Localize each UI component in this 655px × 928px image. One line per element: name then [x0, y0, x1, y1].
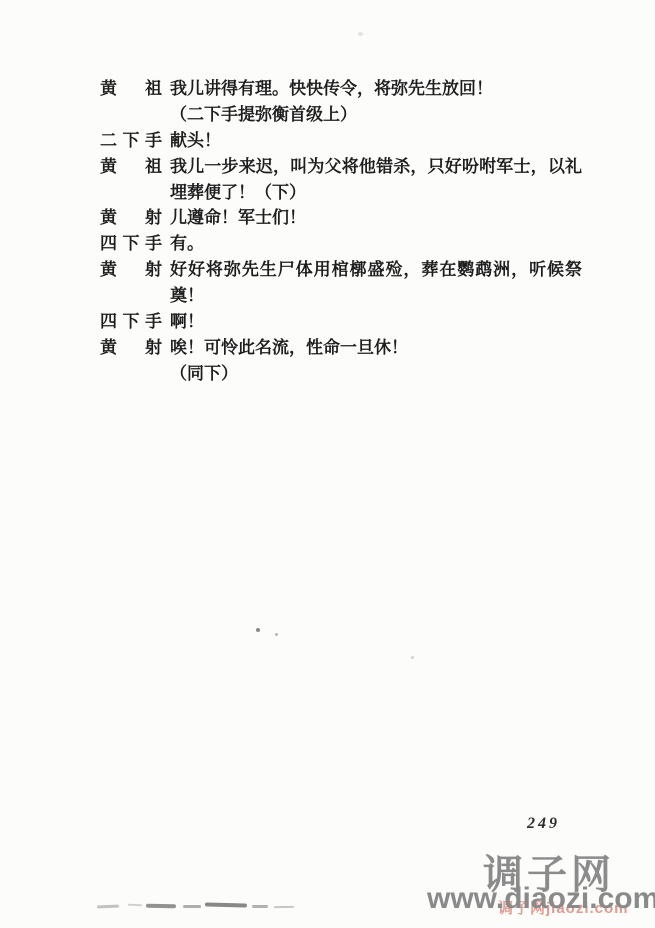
scan-speck [275, 633, 278, 636]
speaker-name: 黄 祖 [100, 154, 162, 180]
scan-artifact-line [97, 905, 119, 909]
dialogue-text: 奠！ [170, 283, 582, 309]
speaker-name: 黄 射 [100, 205, 162, 231]
dialogue-text: 我儿一步来迟，叫为父将他错杀，只好吩咐军士，以礼 [170, 154, 582, 180]
script-line: 黄 射 唉！可怜此名流，性命一旦休！ [100, 335, 590, 361]
page-number: 249 [527, 815, 560, 833]
dialogue-text: 唉！可怜此名流，性命一旦休！ [170, 335, 582, 361]
dialogue-text: 献头！ [170, 128, 582, 154]
book-page-scan: 黄 祖 我儿讲得有理。快快传令，将弥先生放回！ （二下手提弥衡首级上） 二下手 … [0, 0, 655, 928]
scan-speck [411, 656, 414, 659]
script-line: 四下手 有。 [100, 231, 590, 257]
speaker-name: 四下手 [100, 309, 162, 335]
dialogue-text: （二下手提弥衡首级上） [170, 102, 582, 128]
dialogue-text: 我儿讲得有理。快快传令，将弥先生放回！ [170, 76, 582, 102]
dialogue-text: 啊！ [170, 309, 582, 335]
script-line: （二下手提弥衡首级上） [100, 102, 590, 128]
dialogue-text: 好好将弥先生尸体用棺槨盛殓，葬在鹦鹉洲，听候祭 [170, 257, 582, 283]
script-line: 四下手 啊！ [100, 309, 590, 335]
scan-artifact-line [274, 906, 294, 908]
script-line: 二下手 献头！ [100, 128, 590, 154]
scan-artifact-line [146, 904, 176, 909]
dialogue-text: （同下） [170, 361, 582, 387]
scan-speck [256, 628, 260, 632]
script-line: （同下） [100, 361, 590, 387]
speaker-name: 四下手 [100, 231, 162, 257]
script-line: 黄 祖 我儿一步来迟，叫为父将他错杀，只好吩咐军士，以礼 [100, 154, 590, 180]
watermark-site-url: www.diaozi.com [427, 882, 655, 916]
scan-artifact-line [205, 902, 247, 907]
dialogue-text: 儿遵命！军士们！ [170, 205, 582, 231]
script-line: 黄 射 儿遵命！军士们！ [100, 205, 590, 231]
speaker-name: 二下手 [100, 128, 162, 154]
script-line: 黄 祖 我儿讲得有理。快快传令，将弥先生放回！ [100, 76, 590, 102]
script-line: 奠！ [100, 283, 590, 309]
dialogue-text: 有。 [170, 231, 582, 257]
scan-artifact-line [183, 905, 201, 908]
script-line: 埋葬便了！（下） [100, 180, 590, 206]
speaker-name: 黄 射 [100, 257, 162, 283]
script-line: 黄 射 好好将弥先生尸体用棺槨盛殓，葬在鹦鹉洲，听候祭 [100, 257, 590, 283]
scan-speck [358, 32, 363, 36]
speaker-name: 黄 祖 [100, 76, 162, 102]
speaker-name: 黄 射 [100, 335, 162, 361]
script-dialogue-block: 黄 祖 我儿讲得有理。快快传令，将弥先生放回！ （二下手提弥衡首级上） 二下手 … [100, 76, 590, 387]
scan-artifact-line [128, 904, 142, 906]
scan-artifact-line [252, 905, 268, 908]
dialogue-text: 埋葬便了！（下） [170, 180, 582, 206]
